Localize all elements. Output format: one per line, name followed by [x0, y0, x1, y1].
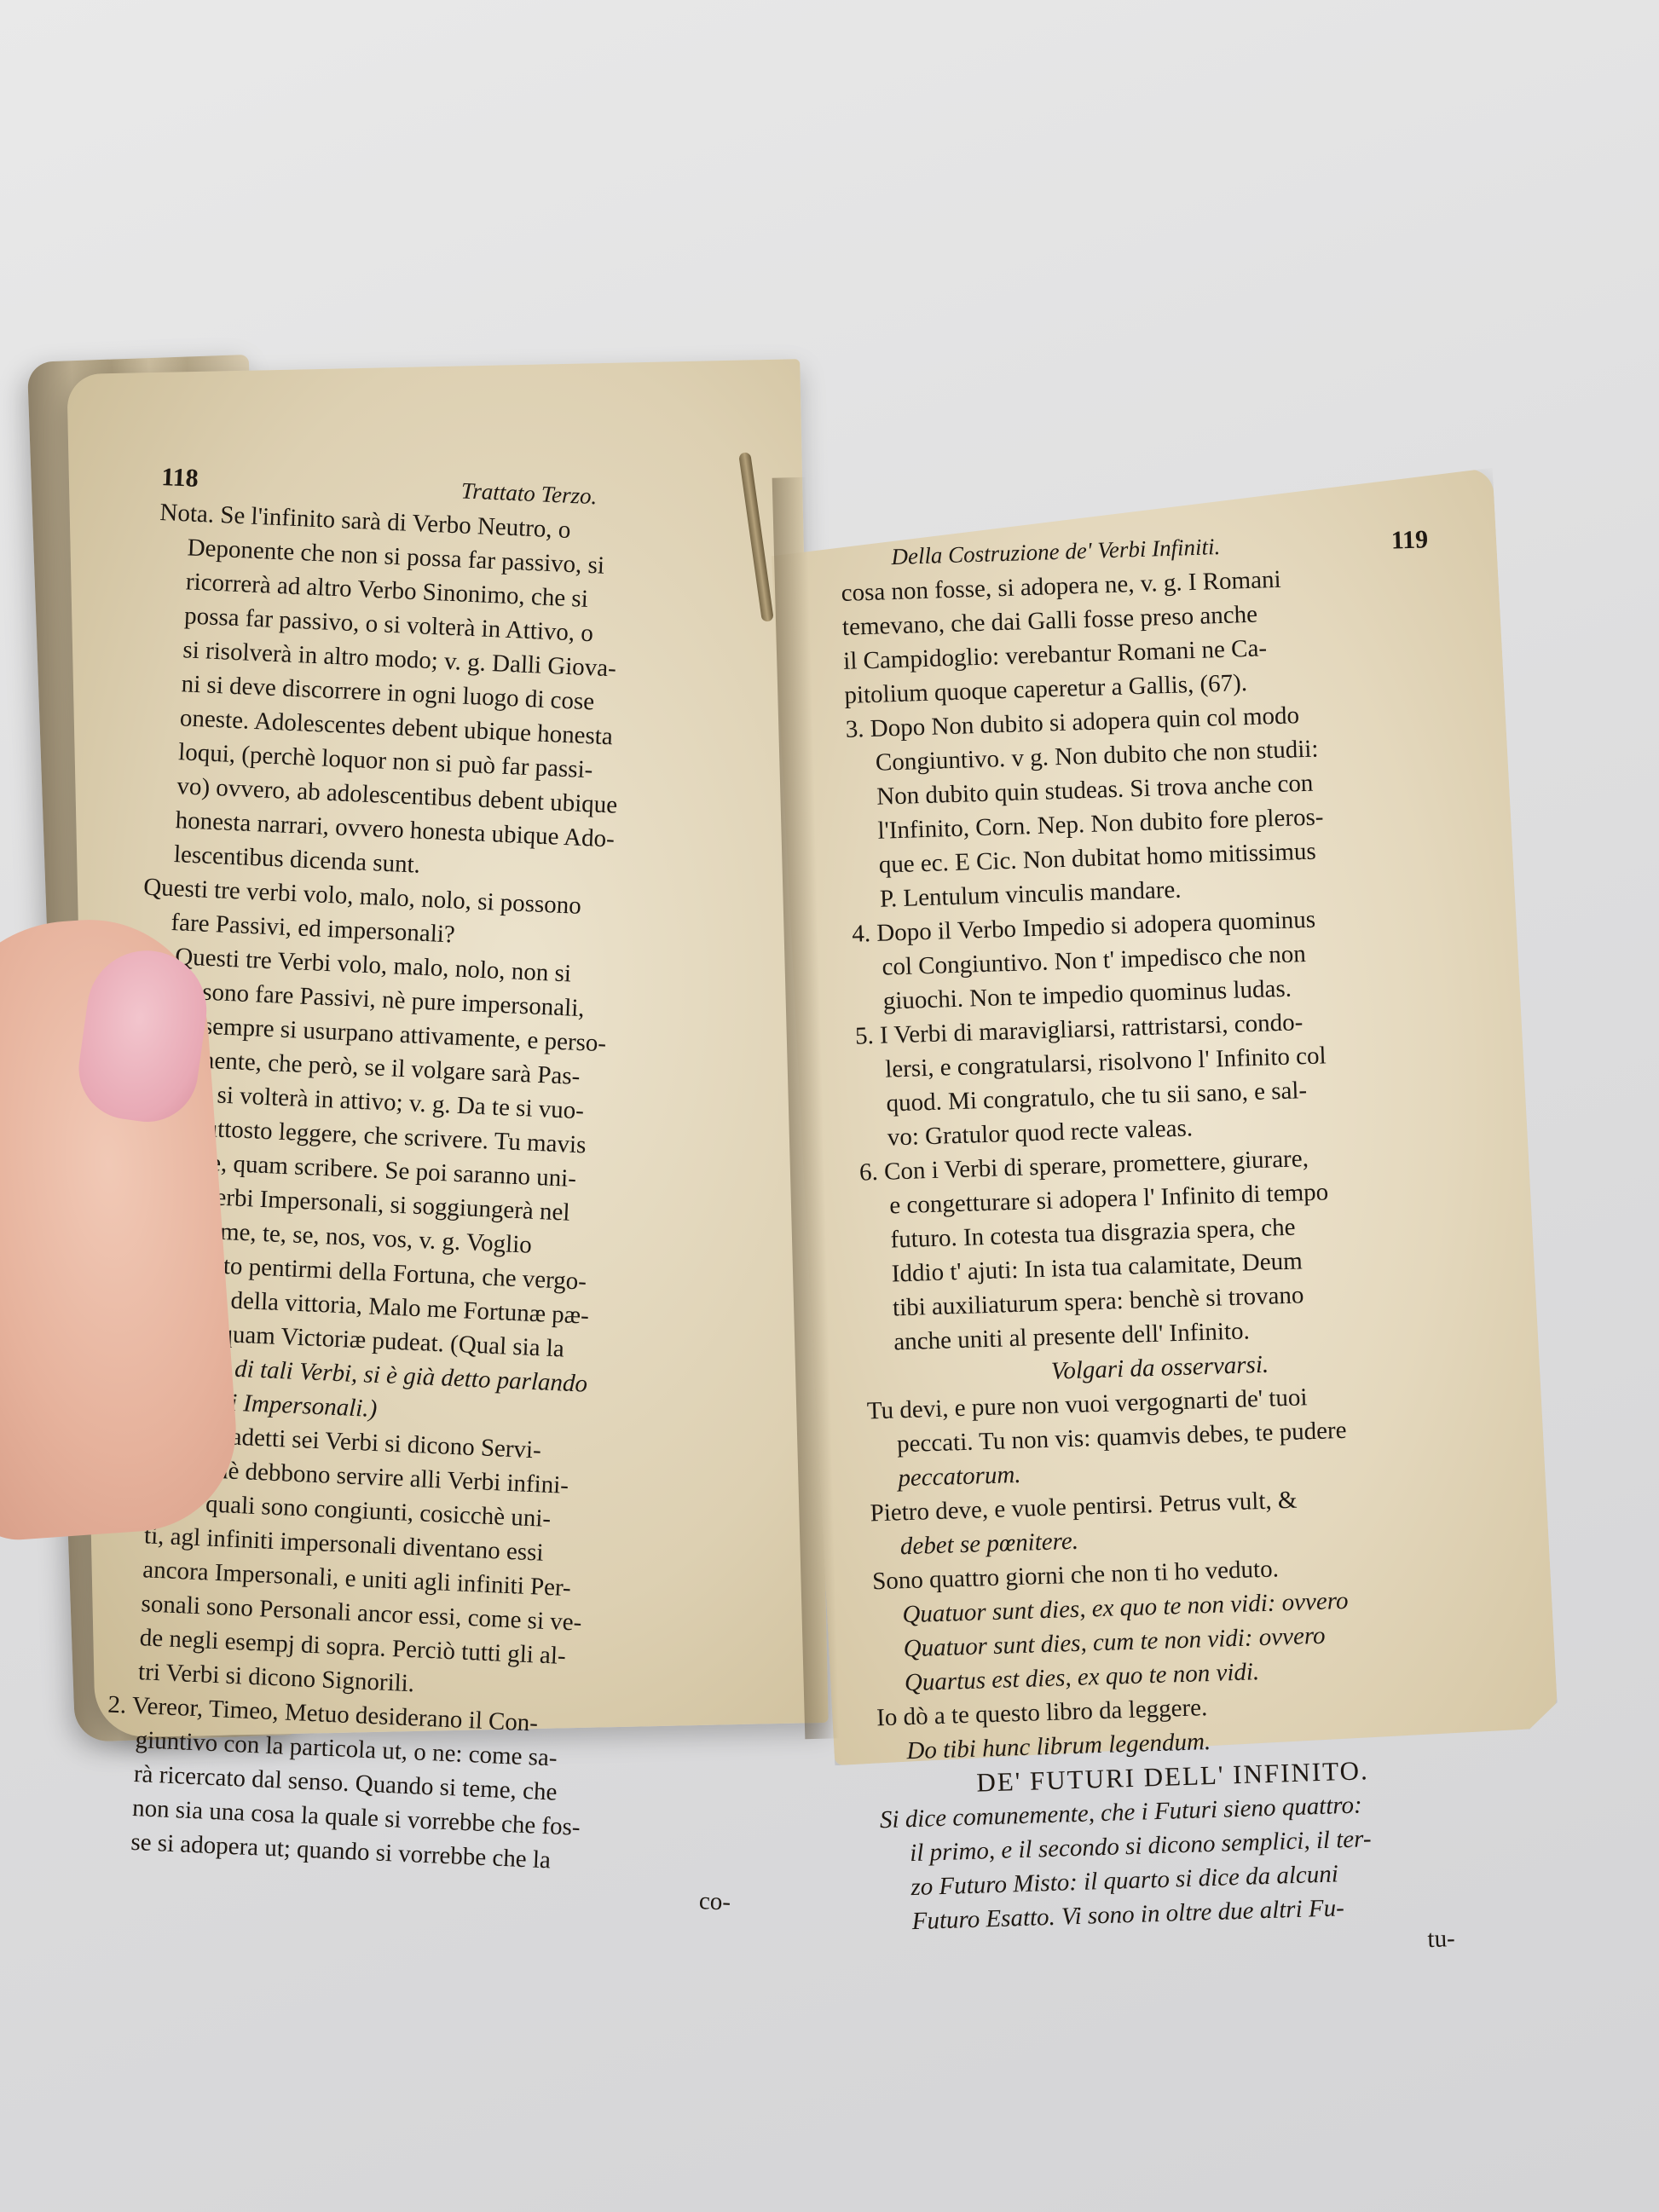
left-running-title: Trattato Terzo.: [460, 479, 598, 508]
right-page-number: 119: [1390, 527, 1428, 553]
photo-scene: 118 Trattato Terzo. Nota. Se l'infinito …: [0, 0, 1659, 2212]
right-page-text: Della Costruzione de' Verbi Infiniti. 11…: [840, 527, 1472, 1973]
left-page-number: 118: [161, 465, 199, 492]
